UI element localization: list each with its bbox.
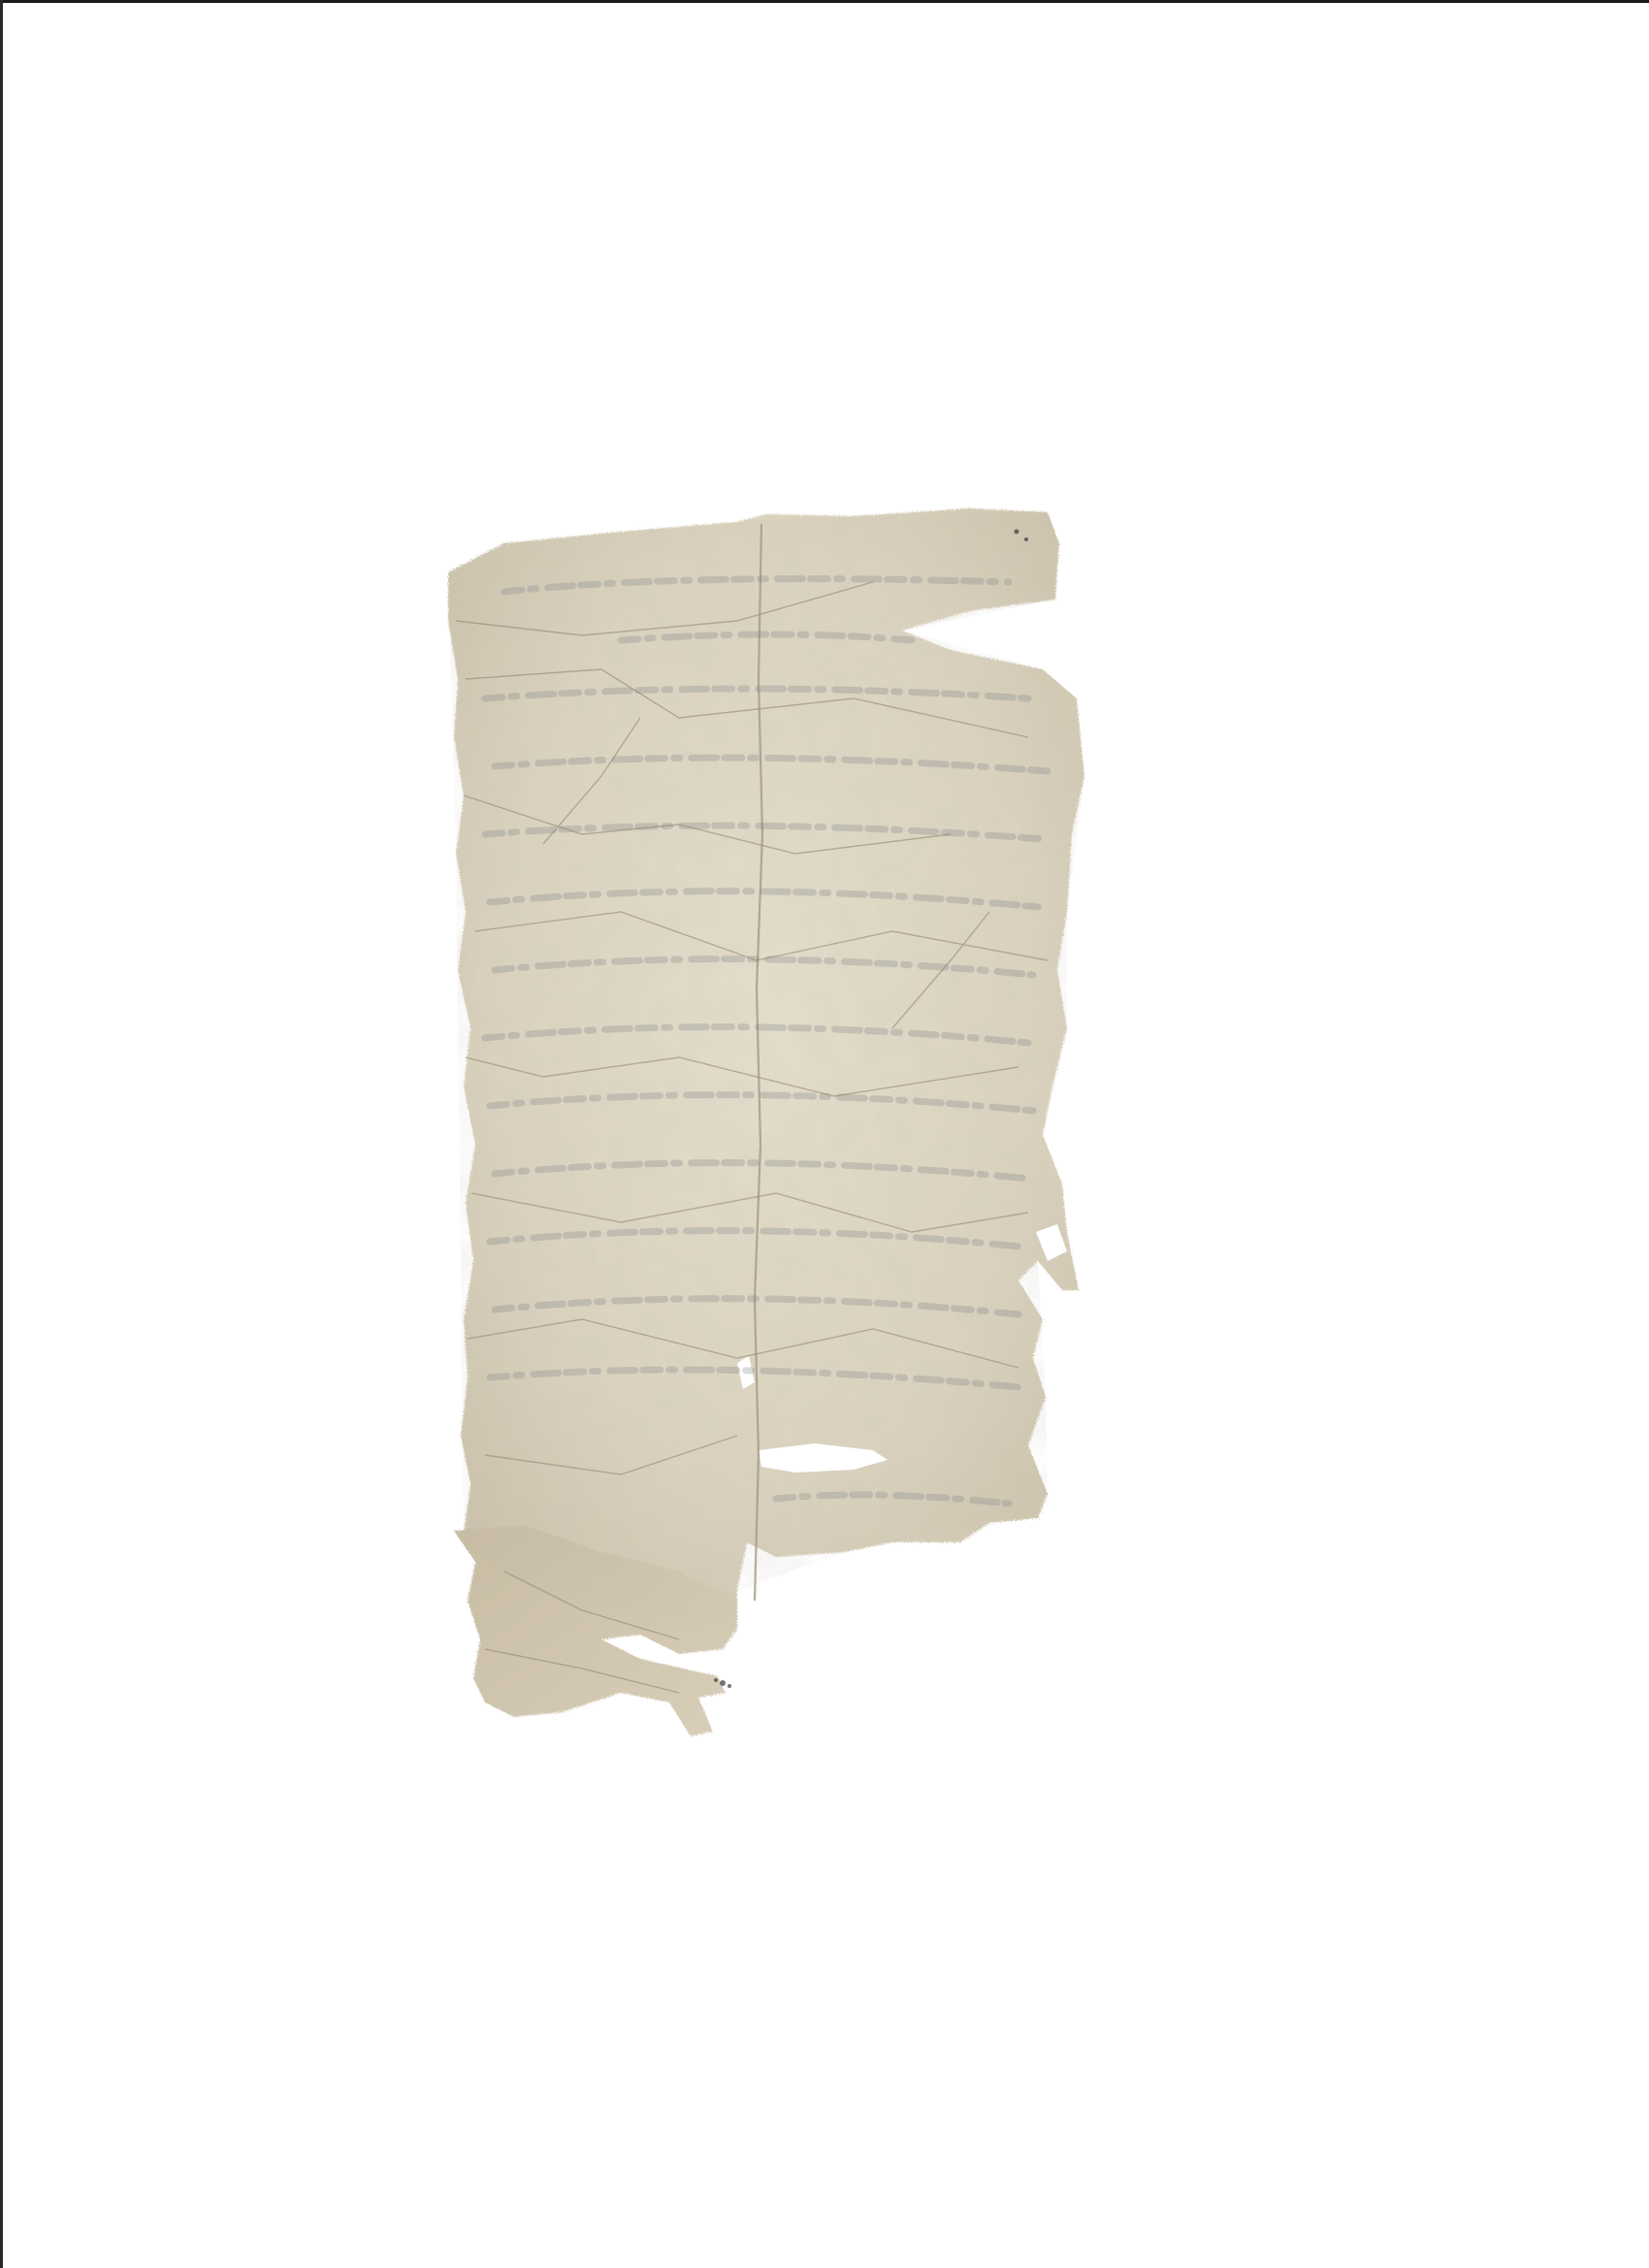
manuscript-fragment (0, 0, 1649, 2268)
